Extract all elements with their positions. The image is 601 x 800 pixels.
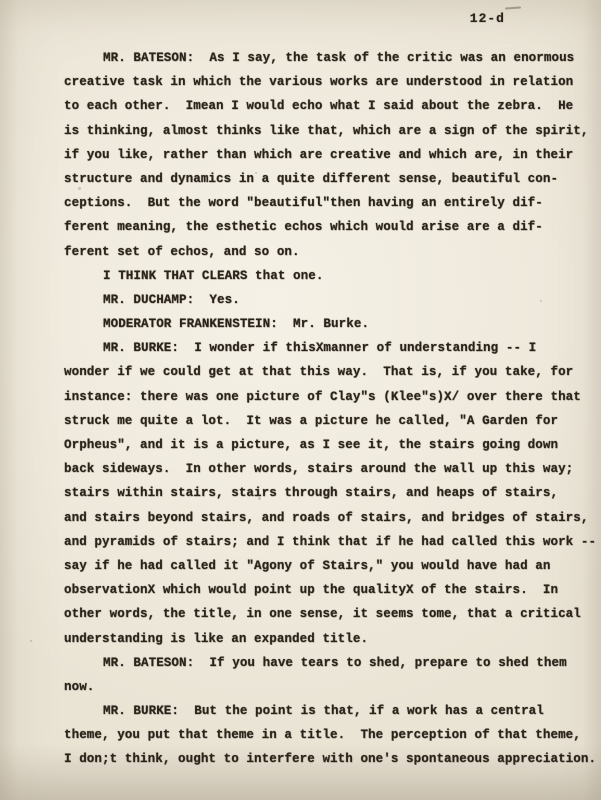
transcript-line: ferent meaning, the esthetic echos which… bbox=[64, 215, 589, 239]
transcript-line: MODERATOR FRANKENSTEIN: Mr. Burke. bbox=[64, 312, 589, 336]
transcript-line: MR. BURKE: I wonder if thisXmanner of un… bbox=[64, 336, 589, 360]
transcript-line: back sideways. In other words, stairs ar… bbox=[64, 457, 589, 481]
transcript-line: struck me quite a lot. It was a picture … bbox=[64, 409, 589, 433]
transcript-line: MR. BATESON: If you have tears to shed, … bbox=[64, 651, 589, 675]
transcript-line: to each other. Imean I would echo what I… bbox=[64, 94, 589, 118]
transcript-line: MR. DUCHAMP: Yes. bbox=[64, 288, 589, 312]
transcript-line: say if he had called it "Agony of Stairs… bbox=[64, 554, 589, 578]
paper-speck bbox=[30, 640, 32, 642]
transcript-line: I THINK THAT CLEARS that one. bbox=[64, 264, 589, 288]
transcript-line: understanding is like an expanded title. bbox=[64, 627, 589, 651]
transcript-line: stairs within stairs, stairs through sta… bbox=[64, 481, 589, 505]
paper-speck bbox=[255, 172, 257, 174]
transcript-line: ferent set of echos, and so on. bbox=[64, 240, 589, 264]
transcript-line: structure and dynamics in a quite differ… bbox=[64, 167, 589, 191]
transcript-line: ceptions. But the word "beautiful"then h… bbox=[64, 191, 589, 215]
transcript-line: creative task in which the various works… bbox=[64, 70, 589, 94]
scanned-transcript-page: 12-d MR. BATESON: As I say, the task of … bbox=[0, 0, 601, 800]
transcript-line: if you like, rather than which are creat… bbox=[64, 143, 589, 167]
transcript-line: is thinking, almost thinks like that, wh… bbox=[64, 119, 589, 143]
transcript-line: and pyramids of stairs; and I think that… bbox=[64, 530, 589, 554]
transcript-line: MR. BATESON: As I say, the task of the c… bbox=[64, 46, 589, 70]
paper-speck bbox=[540, 300, 542, 302]
transcript-line: I don;t think, ought to interfere with o… bbox=[64, 747, 589, 771]
transcript-line: now. bbox=[64, 675, 589, 699]
paper-speck bbox=[78, 187, 81, 190]
transcript-line: and stairs beyond stairs, and roads of s… bbox=[64, 506, 589, 530]
pencil-mark bbox=[505, 6, 521, 9]
transcript-line: Orpheus", and it is a picture, as I see … bbox=[64, 433, 589, 457]
transcript-line: MR. BURKE: But the point is that, if a w… bbox=[64, 699, 589, 723]
paper-speck bbox=[258, 497, 261, 500]
transcript-line: theme, you put that theme in a title. Th… bbox=[64, 723, 589, 747]
transcript-line: other words, the title, in one sense, it… bbox=[64, 602, 589, 626]
transcript-line: wonder if we could get at that this way.… bbox=[64, 360, 589, 384]
transcript-text-block: MR. BATESON: As I say, the task of the c… bbox=[64, 46, 589, 772]
transcript-line: instance: there was one picture of Clay"… bbox=[64, 385, 589, 409]
page-number: 12-d bbox=[470, 11, 505, 26]
transcript-line: observationX which would point up the qu… bbox=[64, 578, 589, 602]
